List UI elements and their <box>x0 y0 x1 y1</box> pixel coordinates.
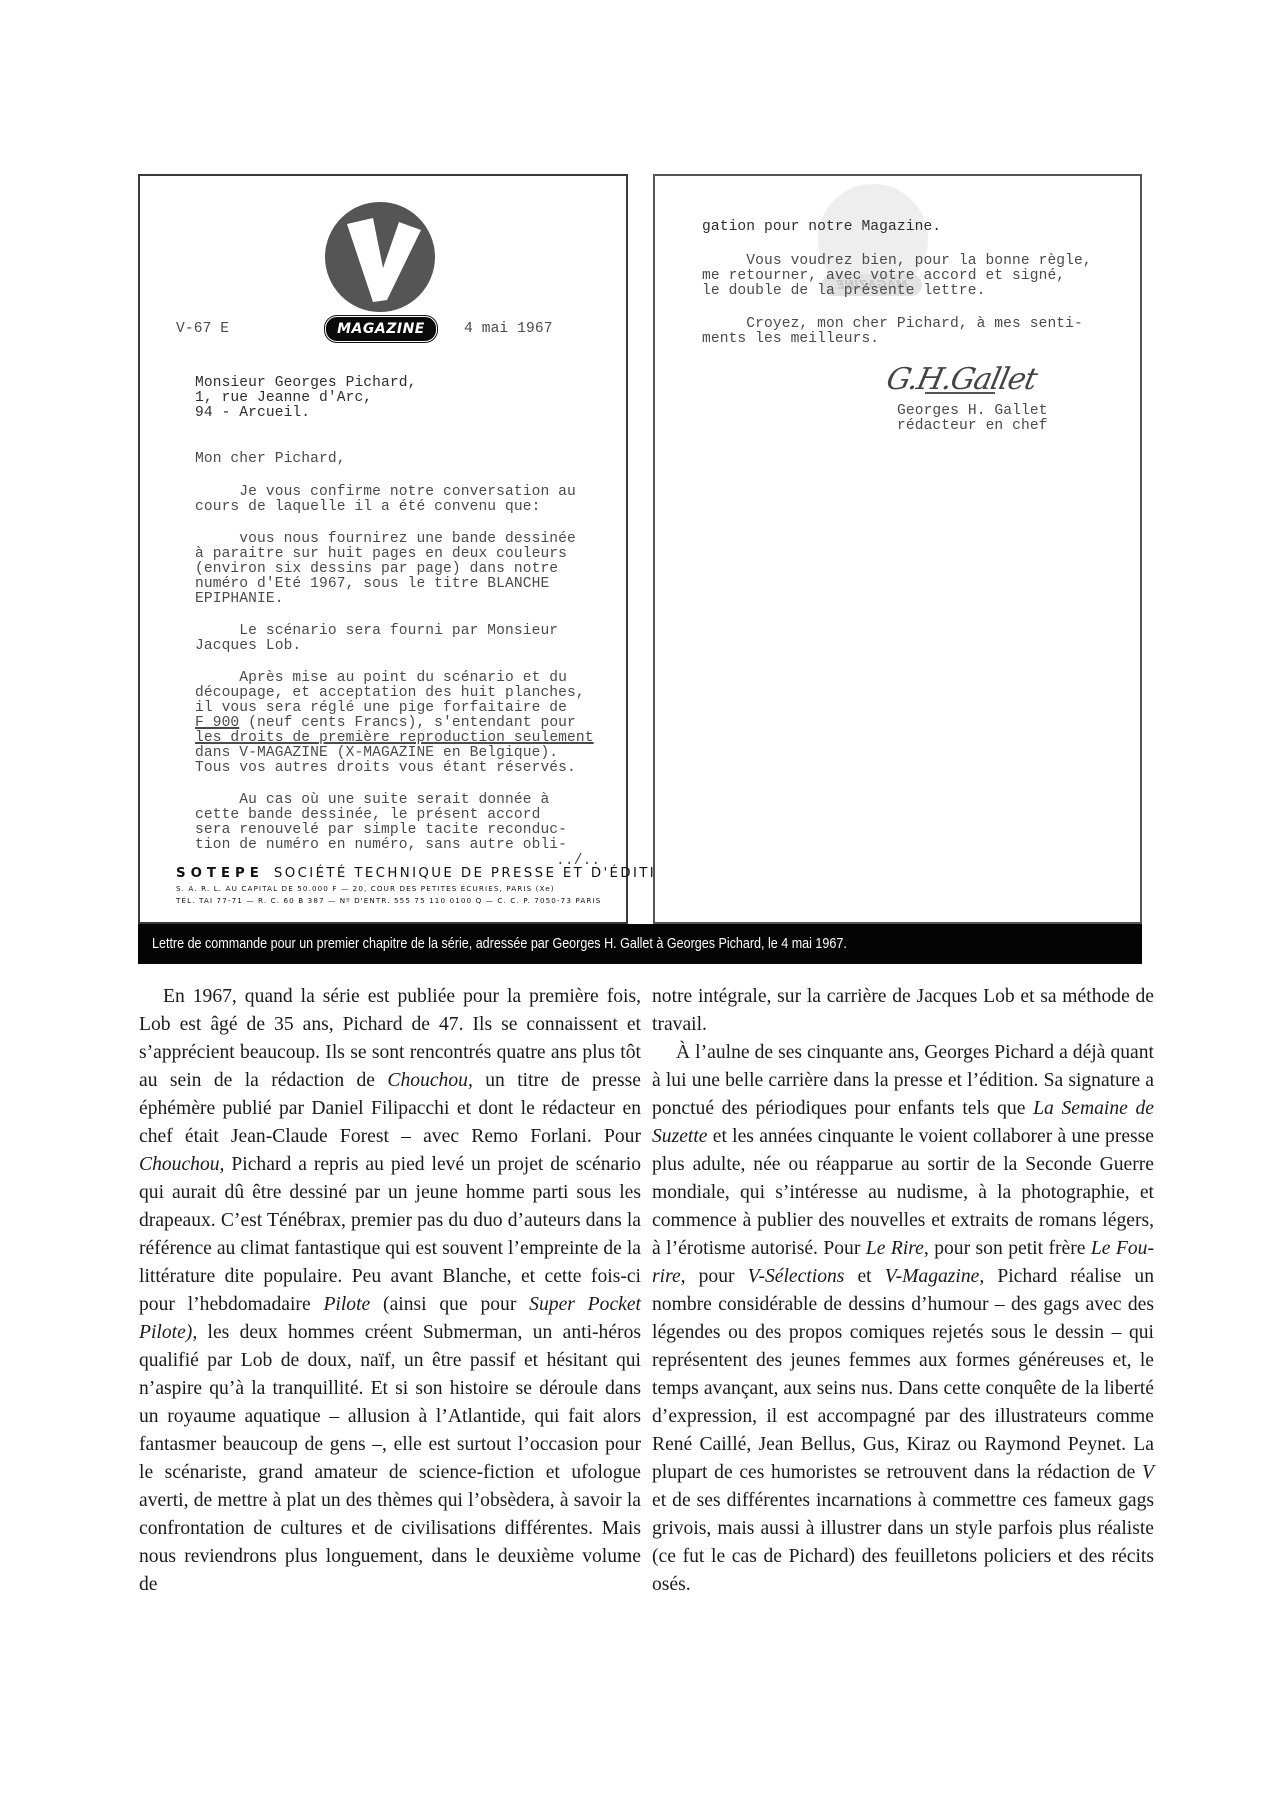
signatory-title: rédacteur en chef <box>897 419 1048 435</box>
letter-date: 4 mai 1967 <box>464 322 553 338</box>
letterhead-address: S. A. R. L. AU CAPITAL DE 50.000 F — 20,… <box>176 884 606 893</box>
para5-line: tion de numéro en numéro, sans autre obl… <box>195 838 567 854</box>
body-paragraph: À l’aulne de ses cinquante ans, Georges … <box>652 1039 1154 1599</box>
signature-underline <box>925 392 995 394</box>
para4-line: Tous vos autres droits vous étant réserv… <box>195 761 576 777</box>
closing-line: gation pour notre Magazine. <box>702 220 941 236</box>
letter-reference: V-67 E <box>176 322 229 338</box>
fee-amount: F 900 <box>195 715 239 731</box>
letter-page-2: MAGAZINE gation pour notre Magazine. Vou… <box>653 174 1142 924</box>
magazine-badge: MAGAZINE <box>325 316 437 342</box>
body-paragraph-continued: notre intégrale, sur la carrière de Jacq… <box>652 983 1154 1039</box>
para-line: le double de la présente lettre. <box>702 284 985 300</box>
letterhead-brand: SOTEPE <box>176 866 264 881</box>
letter-page-1: MAGAZINE V-67 E 4 mai 1967 Monsieur Geor… <box>138 174 628 924</box>
body-paragraph: En 1967, quand la série est publiée pour… <box>139 983 641 1599</box>
para2-line: EPIPHANIE. <box>195 592 284 608</box>
body-column-left: En 1967, quand la série est publiée pour… <box>139 983 641 1599</box>
salutation: Mon cher Pichard, <box>195 452 346 468</box>
para1-line: cours de laquelle il a été convenu que: <box>195 500 540 516</box>
figure-caption: Lettre de commande pour un premier chapi… <box>152 924 847 964</box>
logo-circle <box>325 202 435 312</box>
sotepe-letterhead: SOTEPESOCIÉTÉ TECHNIQUE DE PRESSE ET D'É… <box>176 866 606 905</box>
para-line: ments les meilleurs. <box>702 332 879 348</box>
letterhead-registration: TÉL. TAI 77-71 — R. C. 60 B 387 — Nº D'E… <box>176 896 606 905</box>
underlined-rights: première reproduction seulement <box>319 730 594 746</box>
body-column-right: notre intégrale, sur la carrière de Jacq… <box>652 983 1154 1599</box>
para3-line: Jacques Lob. <box>195 639 301 655</box>
letterhead-name: SOCIÉTÉ TECHNIQUE DE PRESSE ET D'ÉDITION <box>274 866 681 881</box>
figure-caption-bar: Lettre de commande pour un premier chapi… <box>138 924 1142 964</box>
v-letter-icon <box>325 202 435 312</box>
v-magazine-logo: MAGAZINE <box>325 202 437 354</box>
address-line-3: 94 - Arcueil. <box>195 406 310 422</box>
